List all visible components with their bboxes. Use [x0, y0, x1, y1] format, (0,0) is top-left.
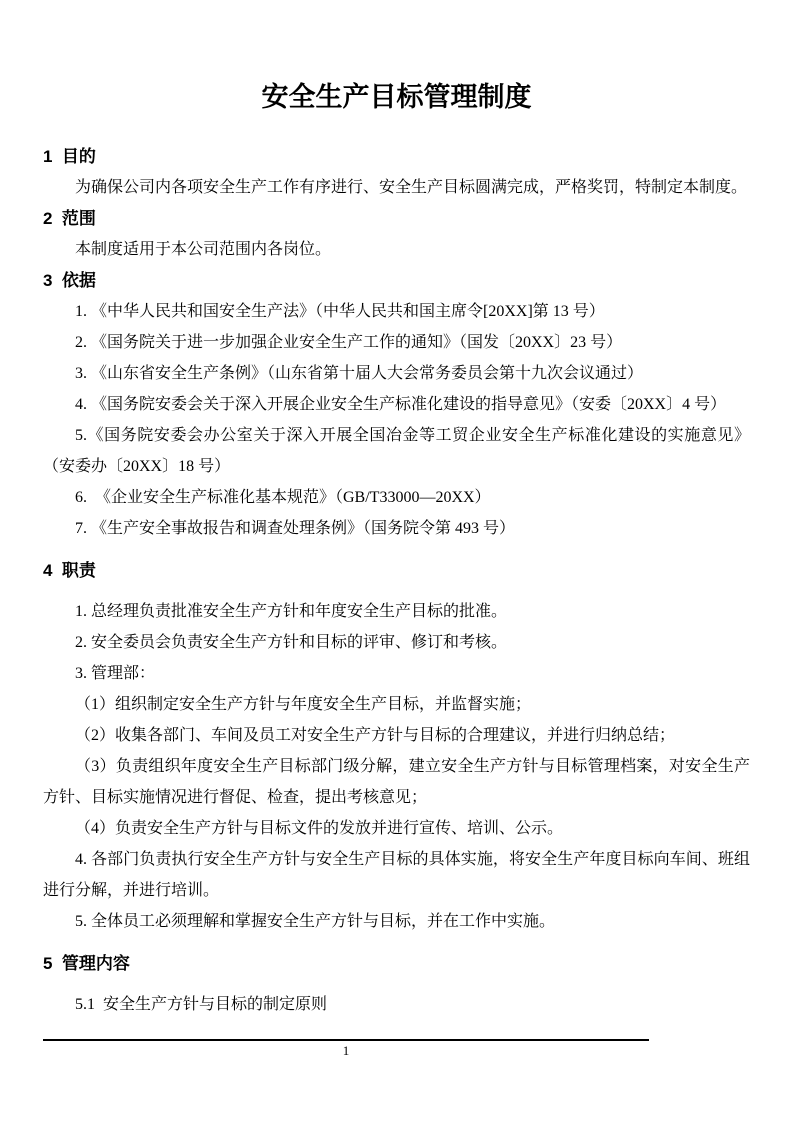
duties-item: （2）收集各部门、车间及员工对安全生产方针与目标的合理建议，并进行归纳总结；	[43, 720, 750, 751]
duties-list: 1. 总经理负责批准安全生产方针和年度安全生产目标的批准。 2. 安全委员会负责…	[43, 596, 750, 937]
footer-divider	[43, 1039, 649, 1041]
basis-item: 2. 《国务院关于进一步加强企业安全生产工作的通知》（国发〔20XX〕23 号）	[43, 327, 750, 358]
duties-item: 4. 各部门负责执行安全生产方针与安全生产目标的具体实施，将安全生产年度目标向车…	[43, 844, 750, 906]
document-page: 安全生产目标管理制度 1 目的 为确保公司内各项安全生产工作有序进行、安全生产目…	[0, 0, 793, 1122]
purpose-paragraph: 为确保公司内各项安全生产工作有序进行、安全生产目标圆满完成，严格奖罚，特制定本制…	[43, 172, 750, 203]
content-area: 安全生产目标管理制度 1 目的 为确保公司内各项安全生产工作有序进行、安全生产目…	[0, 0, 793, 1020]
page-footer: 1	[43, 1039, 649, 1059]
section-heading-purpose: 1 目的	[43, 141, 750, 172]
page-number: 1	[43, 1042, 649, 1059]
basis-list: 1. 《中华人民共和国安全生产法》（中华人民共和国主席令[20XX]第 13 号…	[43, 296, 750, 544]
section-heading-duties: 4 职责	[43, 555, 750, 586]
document-title: 安全生产目标管理制度	[43, 81, 750, 113]
duties-item: 2. 安全委员会负责安全生产方针和目标的评审、修订和考核。	[43, 627, 750, 658]
duties-item: （1）组织制定安全生产方针与年度安全生产目标，并监督实施；	[43, 689, 750, 720]
duties-item: （3）负责组织年度安全生产目标部门级分解，建立安全生产方针与目标管理档案，对安全…	[43, 751, 750, 813]
duties-item: 1. 总经理负责批准安全生产方针和年度安全生产目标的批准。	[43, 596, 750, 627]
basis-item: 4. 《国务院安委会关于深入开展企业安全生产标准化建设的指导意见》（安委〔20X…	[43, 389, 750, 420]
section-heading-scope: 2 范围	[43, 203, 750, 234]
duties-item: 3. 管理部：	[43, 658, 750, 689]
management-subheading: 5.1 安全生产方针与目标的制定原则	[43, 989, 750, 1020]
basis-item: 6. 《企业安全生产标准化基本规范》（GB/T33000—20XX）	[43, 482, 750, 513]
duties-item: 5. 全体员工必须理解和掌握安全生产方针与目标，并在工作中实施。	[43, 906, 750, 937]
section-heading-management: 5 管理内容	[43, 948, 750, 979]
scope-paragraph: 本制度适用于本公司范围内各岗位。	[43, 234, 750, 265]
basis-item: 1. 《中华人民共和国安全生产法》（中华人民共和国主席令[20XX]第 13 号…	[43, 296, 750, 327]
duties-item: （4）负责安全生产方针与目标文件的发放并进行宣传、培训、公示。	[43, 813, 750, 844]
basis-item: 7. 《生产安全事故报告和调查处理条例》（国务院令第 493 号）	[43, 513, 750, 544]
section-heading-basis: 3 依据	[43, 265, 750, 296]
basis-item: 5.《国务院安委会办公室关于深入开展全国冶金等工贸企业安全生产标准化建设的实施意…	[43, 420, 750, 482]
basis-item: 3. 《山东省安全生产条例》（山东省第十届人大会常务委员会第十九次会议通过）	[43, 358, 750, 389]
